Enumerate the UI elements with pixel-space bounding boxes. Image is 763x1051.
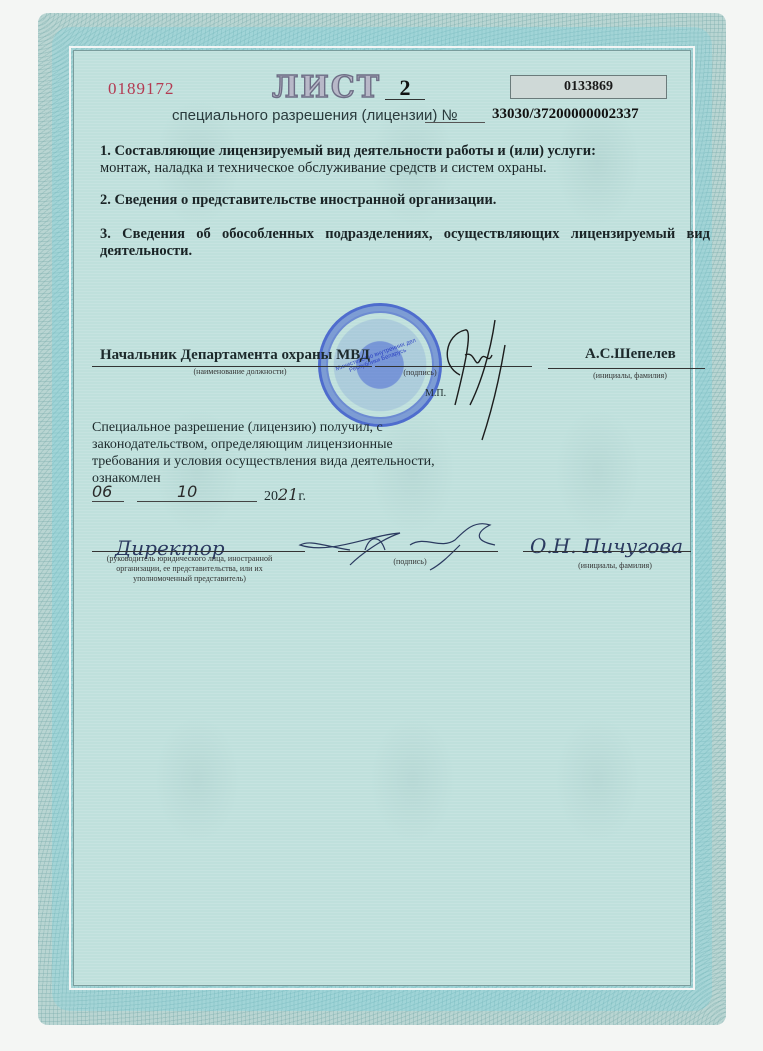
section-1: 1. Составляющие лицензируемый вид деятел… <box>100 143 710 177</box>
issuer-name: А.С.Шепелев <box>585 346 676 363</box>
issuer-position: Начальник Департамента охраны МВД <box>100 347 370 364</box>
form-number-box: 0133869 <box>510 75 667 99</box>
recipient-name-line <box>523 551 691 552</box>
recipient-name-caption: (инициалы, фамилия) <box>565 561 665 570</box>
issuer-name-line <box>548 368 705 369</box>
date-year-suffix: г. <box>298 489 306 504</box>
section-2: 2. Сведения о представительстве иностран… <box>100 192 710 209</box>
section-3-heading: 3. Сведения об обособленных подразделени… <box>100 226 710 259</box>
section-2-heading: 2. Сведения о представительстве иностран… <box>100 192 496 208</box>
date-year: 2021г. <box>264 485 306 505</box>
license-number: 33030/37200000002337 <box>492 106 639 123</box>
date-day: 06 <box>92 483 124 502</box>
section-1-body: монтаж, наладка и техническое обслуживан… <box>100 160 547 176</box>
section-3: 3. Сведения об обособленных подразделени… <box>100 226 710 260</box>
recipient-position-caption: (руководитель юридического лица, иностра… <box>92 554 287 584</box>
sheet-title: ЛИСТ <box>272 70 381 105</box>
acknowledgement-date: 06 10 2021г. <box>92 483 412 503</box>
recipient-name-handwritten: О.Н. Пичугова <box>530 534 683 558</box>
recipient-position-line <box>92 551 305 552</box>
license-underline <box>425 122 485 123</box>
serial-number: 0189172 <box>108 79 175 99</box>
section-1-heading: 1. Составляющие лицензируемый вид деятел… <box>100 143 596 159</box>
issuer-position-caption: (наименование должности) <box>190 367 290 376</box>
acknowledgement-text: Специальное разрешение (лицензию) получи… <box>92 419 452 487</box>
recipient-signature-scribble <box>290 515 520 575</box>
sheet-number: 2 <box>385 77 425 100</box>
issuer-name-caption: (инициалы, фамилия) <box>575 371 685 380</box>
date-year-handwritten: 21 <box>278 485 298 504</box>
license-label: специального разрешения (лицензии) № <box>172 107 458 124</box>
date-month: 10 <box>137 483 257 502</box>
recipient-signature-line <box>338 551 498 552</box>
recipient-signature-caption: (подпись) <box>385 557 435 566</box>
date-year-prefix: 20 <box>264 489 278 504</box>
